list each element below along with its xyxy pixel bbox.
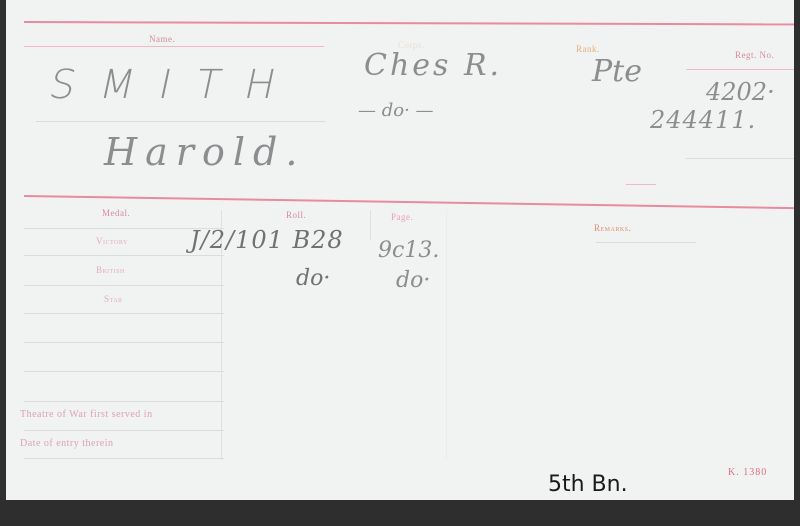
regt-no-entry-1: 4202· [706, 78, 775, 106]
theatre-top-line [24, 401, 224, 402]
middle-rule [24, 195, 794, 209]
page-column-divider [446, 210, 447, 460]
form-number: K. 1380 [728, 467, 767, 478]
roll-column-divider [370, 210, 371, 240]
medal-index-card: Name. Corps. Rank. Regt. No. S M I T H H… [6, 0, 794, 500]
regt-no-label: Regt. No. [735, 50, 774, 60]
name-label: Name. [149, 34, 175, 44]
medal-row-victory-label: Victory [96, 236, 128, 246]
rank-label: Rank. [576, 44, 600, 54]
blank-line-2 [24, 371, 224, 372]
corps-entry-2: — do· — [358, 100, 434, 121]
medal-label: Medal. [102, 208, 130, 218]
name-underline [24, 46, 324, 47]
corps-entry-1: Ches R. [364, 48, 502, 83]
regt-no-entry-2: 244411. [650, 106, 756, 134]
regt-row-line [686, 158, 794, 159]
rank-entry: Pte [592, 54, 642, 89]
date-entry-line [24, 458, 224, 459]
regt-underline [686, 69, 794, 70]
remarks-label: Remarks. [594, 223, 631, 233]
rank-short-line [626, 184, 656, 185]
theatre-line [24, 430, 224, 431]
medal-row-british-label: British [96, 265, 125, 275]
british-page-entry: do· [396, 268, 430, 293]
theatre-of-war-label: Theatre of War first served in [20, 409, 153, 420]
victory-line [24, 255, 224, 256]
page-label: Page. [391, 212, 413, 222]
name-row-line [36, 121, 326, 122]
scan-border-bottom [0, 498, 800, 526]
british-line [24, 285, 224, 286]
medal-row-star-label: Star [104, 294, 123, 304]
blank-line-1 [24, 342, 224, 343]
victory-roll-entry: J/2/101 B28 [190, 226, 344, 254]
remarks-underline [596, 242, 696, 243]
date-of-entry-label: Date of entry therein [20, 438, 114, 449]
top-rule [24, 21, 794, 25]
roll-label: Roll. [286, 210, 306, 220]
victory-page-entry: 9c13. [378, 238, 439, 263]
star-line [24, 313, 224, 314]
british-roll-entry: do· [296, 266, 330, 291]
surname-entry: S M I T H [45, 62, 286, 108]
forename-entry: Harold. [104, 130, 305, 174]
scan-border-right [793, 0, 800, 526]
battalion-note: 5th Bn. [548, 472, 628, 497]
